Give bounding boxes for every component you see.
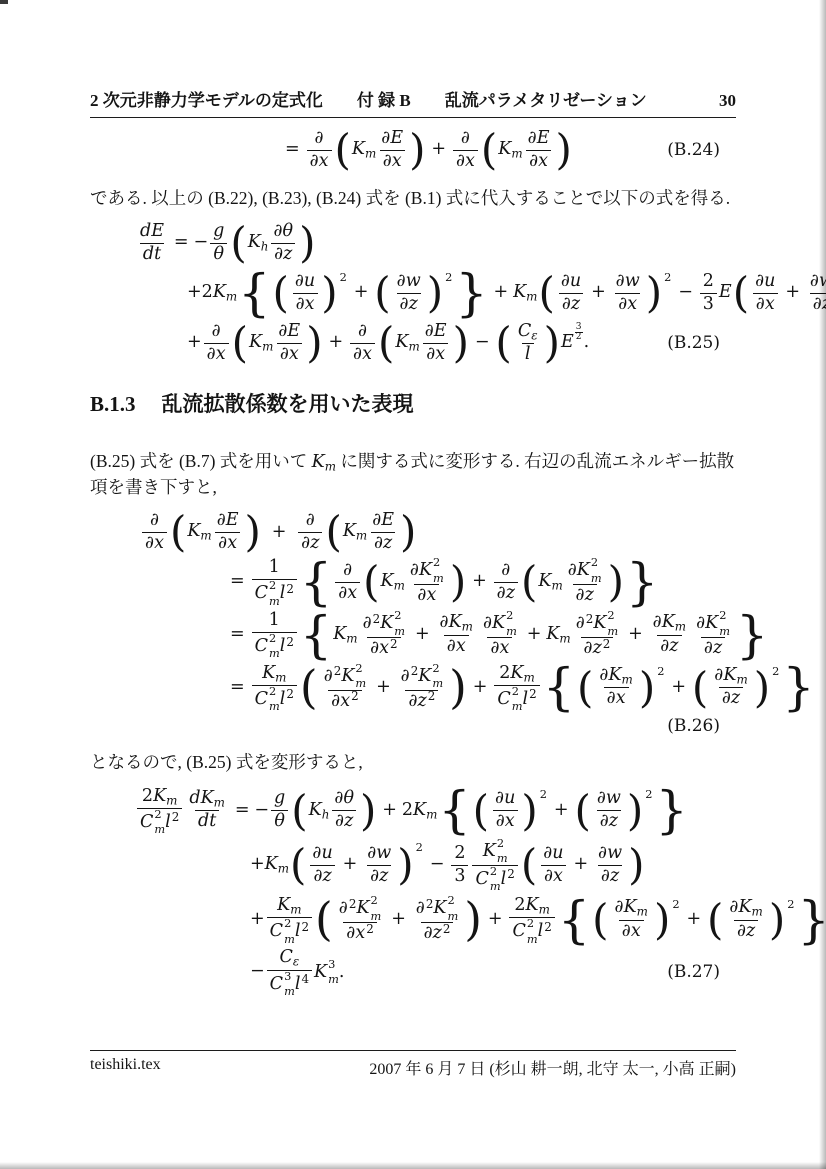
bracket: ( — [521, 844, 537, 886]
bracket: ( — [290, 844, 306, 886]
bracket: ) — [321, 272, 337, 314]
equation-line: 2KmC2ml2dKmdt=−gθ(Kh∂θ∂z)+2Km{(∂u∂x)2+(∂… — [135, 785, 736, 836]
fraction: ∂K2m∂z — [693, 610, 733, 660]
page-edge-right — [819, 0, 826, 1169]
equation-line: =KmC2ml2(∂2K2m∂x2+∂2K2m∂z2)+2KmC2ml2{(∂K… — [230, 662, 736, 713]
fraction: ∂E∂z — [369, 510, 397, 555]
fraction: ∂∂x — [335, 560, 360, 605]
bracket: ) — [450, 561, 466, 603]
bracket: ( — [538, 272, 554, 314]
fraction: ∂∂z — [298, 510, 322, 555]
fraction: 23 — [451, 843, 468, 888]
bracket: ( — [374, 272, 390, 314]
fraction: ∂w∂z — [595, 843, 625, 888]
running-title: 2 次元非静力学モデルの定式化 付 録 B 乱流パラメタリゼーション — [90, 86, 647, 111]
bracket: ( — [335, 129, 351, 171]
bracket: { — [238, 268, 270, 319]
fraction: ∂w∂z — [364, 843, 394, 888]
fraction: ∂E∂x — [275, 321, 303, 366]
fraction: dKmdt — [186, 788, 228, 833]
fraction: 1C2ml2 — [252, 557, 297, 607]
fraction: ∂∂x — [350, 321, 375, 366]
bracket: ) — [628, 844, 644, 886]
footer-date-authors: 2007 年 6 月 7 日 (杉山 耕一朗, 北守 太一, 小高 正嗣) — [369, 1056, 736, 1079]
equation-line: +2Km{(∂u∂x)2+(∂w∂z)2}+Km(∂u∂z+∂w∂x)2−23E… — [187, 268, 736, 319]
equation-line: +Km(∂u∂z+∂w∂z)2−23K2mC2ml2(∂u∂x+∂w∂z) — [250, 838, 736, 893]
fraction: 2KmC2ml2 — [137, 786, 182, 836]
fraction: ∂2K2m∂z2 — [413, 895, 462, 945]
fraction: ∂E∂x — [525, 128, 553, 173]
fraction: ∂w∂z — [594, 788, 624, 833]
bracket: } — [455, 268, 487, 319]
section-heading: B.1.3乱流拡散係数を用いた表現 — [90, 388, 736, 418]
bracket: ) — [769, 899, 785, 941]
fraction: ∂θ∂z — [331, 788, 357, 833]
equation-b25: dEdt=−gθ(Kh∂θ∂z)+2Km{(∂u∂x)2+(∂w∂z)2}+Km… — [90, 221, 736, 366]
bracket: ( — [577, 667, 593, 709]
fraction: ∂∂x — [307, 128, 332, 173]
equation-line: +∂∂x(Km∂E∂x)+∂∂x(Km∂E∂x)−(Cεl)E32.(B.25) — [187, 321, 736, 366]
fraction: ∂u∂x — [292, 271, 318, 316]
bracket: } — [782, 662, 814, 713]
equation-label: (B.24) — [667, 140, 720, 160]
equation-line: (B.26) — [90, 715, 736, 737]
page-number: 30 — [719, 91, 736, 111]
section-number: B.1.3 — [90, 392, 136, 416]
fraction: ∂∂x — [453, 128, 478, 173]
fraction: ∂2K2m∂x2 — [360, 610, 409, 660]
bracket: ) — [449, 665, 467, 711]
bracket: { — [438, 785, 470, 836]
bracket: ( — [481, 129, 497, 171]
bracket: ) — [521, 790, 537, 832]
bracket: { — [300, 557, 332, 608]
fraction: ∂u∂z — [309, 843, 335, 888]
document-body: =∂∂x(Km∂E∂x)+∂∂x(Km∂E∂x)(B.24)である. 以上の (… — [90, 128, 736, 997]
bracket: ( — [592, 899, 608, 941]
fraction: K2mC2ml2 — [472, 838, 517, 893]
fraction: dEdt — [137, 221, 167, 266]
bracket: ) — [754, 667, 770, 709]
bracket: ) — [464, 897, 482, 943]
bracket: ( — [325, 511, 341, 553]
bracket: ( — [733, 272, 749, 314]
fraction: ∂K2m∂x — [480, 610, 520, 660]
fraction: gθ — [210, 221, 227, 266]
bracket: ) — [555, 129, 571, 171]
fraction: CεC3ml4 — [267, 947, 312, 997]
paragraph: (B.25) 式を (B.7) 式を用いて Km に関する式に変形する. 右辺の… — [90, 448, 736, 501]
fraction: 2KmC2ml2 — [509, 895, 554, 945]
equation-line: =1C2ml2{Km∂2K2m∂x2+∂Km∂x∂K2m∂x+Km∂2K2m∂z… — [230, 610, 736, 661]
paragraph: である. 以上の (B.22), (B.23), (B.24) 式を (B.1)… — [90, 185, 736, 211]
bracket: ) — [397, 844, 413, 886]
fraction: ∂2K2m∂z2 — [573, 610, 622, 660]
fraction: ∂Km∂x — [596, 665, 635, 710]
fraction: KmC2ml2 — [267, 895, 312, 945]
equation-line: =1C2ml2{∂∂x(Km∂K2m∂x)+∂∂z(Km∂K2m∂z)} — [230, 557, 736, 608]
bracket: ( — [574, 790, 590, 832]
bracket: ( — [495, 322, 511, 364]
fraction: ∂Km∂x — [437, 612, 476, 657]
fraction: ∂∂x — [204, 321, 229, 366]
equation-line: ∂∂x(Km∂E∂x)+∂∂z(Km∂E∂z) — [140, 510, 736, 555]
fraction: ∂Km∂z — [650, 612, 689, 657]
bracket: ) — [360, 790, 376, 832]
fraction: ∂E∂x — [422, 321, 450, 366]
bracket: ) — [299, 222, 315, 264]
bracket: ( — [272, 272, 288, 314]
fraction: ∂Km∂x — [612, 897, 651, 942]
equation-line: +KmC2ml2(∂2K2m∂x2+∂2K2m∂z2)+2KmC2ml2{(∂K… — [250, 895, 736, 946]
fraction: ∂K2m∂z — [565, 557, 605, 607]
bracket: ) — [400, 511, 416, 553]
bracket: ) — [654, 899, 670, 941]
paragraph: となるので, (B.25) 式を変形すると, — [90, 749, 736, 775]
bracket: } — [736, 610, 768, 661]
bracket: { — [300, 610, 332, 661]
equation-b26: ∂∂x(Km∂E∂x)+∂∂z(Km∂E∂z)=1C2ml2{∂∂x(Km∂K2… — [90, 510, 736, 737]
page-content: 2 次元非静力学モデルの定式化 付 録 B 乱流パラメタリゼーション 30 =∂… — [90, 86, 736, 999]
bracket: ( — [707, 899, 723, 941]
equation-label: (B.25) — [667, 333, 720, 353]
bracket: ( — [473, 790, 489, 832]
bracket: ) — [453, 322, 469, 364]
fraction: ∂E∂x — [378, 128, 406, 173]
footer-filename: teishiki.tex — [90, 1056, 161, 1079]
fraction: ∂u∂x — [492, 788, 518, 833]
inline-math: Km — [312, 452, 336, 474]
bracket: ( — [291, 790, 307, 832]
bracket: { — [558, 895, 590, 946]
bracket: ) — [608, 561, 624, 603]
bracket: ( — [230, 222, 246, 264]
fraction: ∂Km∂z — [726, 897, 765, 942]
fraction: ∂K2m∂x — [407, 557, 447, 607]
bracket: ( — [300, 665, 318, 711]
fraction: 1C2ml2 — [252, 610, 297, 660]
bracket: ( — [232, 322, 248, 364]
fraction: ∂u∂z — [558, 271, 584, 316]
fraction: ∂2K2m∂x2 — [336, 895, 385, 945]
fraction: 2KmC2ml2 — [494, 663, 539, 713]
fraction: KmC2ml2 — [252, 663, 297, 713]
fraction: ∂2K2m∂x2 — [321, 663, 370, 713]
fraction: ∂∂z — [494, 560, 518, 605]
bracket: } — [626, 557, 658, 608]
page-header: 2 次元非静力学モデルの定式化 付 録 B 乱流パラメタリゼーション 30 — [90, 86, 736, 118]
bracket: ) — [544, 322, 560, 364]
fraction: Cεl — [515, 321, 541, 366]
page-edge-bottom — [0, 1162, 826, 1169]
bracket: ( — [692, 667, 708, 709]
bracket: ( — [170, 511, 186, 553]
equation-label: (B.26) — [667, 716, 720, 736]
bracket: } — [656, 785, 688, 836]
paragraph-text: となるので, (B.25) 式を変形すると, — [90, 752, 363, 772]
fraction: ∂Km∂z — [711, 665, 750, 710]
fraction: ∂w∂x — [613, 271, 643, 316]
equation-line: −CεC3ml4K3m.(B.27) — [250, 947, 736, 997]
fraction: ∂u∂x — [540, 843, 566, 888]
fraction: ∂w∂z — [394, 271, 424, 316]
fraction: 23 — [700, 271, 717, 316]
paragraph-text: である. 以上の (B.22), (B.23), (B.24) 式を (B.1)… — [90, 188, 730, 208]
section-title: 乱流拡散係数を用いた表現 — [162, 392, 414, 416]
fraction: ∂2K2m∂z2 — [398, 663, 447, 713]
document-page: 2 次元非静力学モデルの定式化 付 録 B 乱流パラメタリゼーション 30 =∂… — [0, 0, 826, 1169]
equation-label: (B.27) — [667, 962, 720, 982]
paragraph-text: (B.25) 式を (B.7) 式を用いて — [90, 451, 312, 471]
bracket: ) — [306, 322, 322, 364]
scan-artifact-corner — [0, 0, 8, 4]
fraction: gθ — [271, 788, 288, 833]
bracket: ( — [521, 561, 537, 603]
bracket: ( — [363, 561, 379, 603]
bracket: ) — [646, 272, 662, 314]
bracket: ) — [639, 667, 655, 709]
fraction: ∂E∂x — [214, 510, 242, 555]
page-footer: teishiki.tex 2007 年 6 月 7 日 (杉山 耕一朗, 北守 … — [90, 1050, 736, 1079]
bracket: ) — [427, 272, 443, 314]
fraction: ∂θ∂z — [270, 221, 296, 266]
bracket: { — [543, 662, 575, 713]
bracket: ) — [245, 511, 261, 553]
fraction: ∂∂x — [142, 510, 167, 555]
equation-b27: 2KmC2ml2dKmdt=−gθ(Kh∂θ∂z)+2Km{(∂u∂x)2+(∂… — [90, 785, 736, 997]
bracket: ( — [378, 322, 394, 364]
bracket: ) — [627, 790, 643, 832]
fraction: ∂u∂x — [752, 271, 778, 316]
equation-line: dEdt=−gθ(Kh∂θ∂z) — [135, 221, 736, 266]
equation-line: =∂∂x(Km∂E∂x)+∂∂x(Km∂E∂x)(B.24) — [285, 128, 736, 173]
equation-b24: =∂∂x(Km∂E∂x)+∂∂x(Km∂E∂x)(B.24) — [90, 128, 736, 173]
bracket: ( — [315, 897, 333, 943]
bracket: ) — [409, 129, 425, 171]
